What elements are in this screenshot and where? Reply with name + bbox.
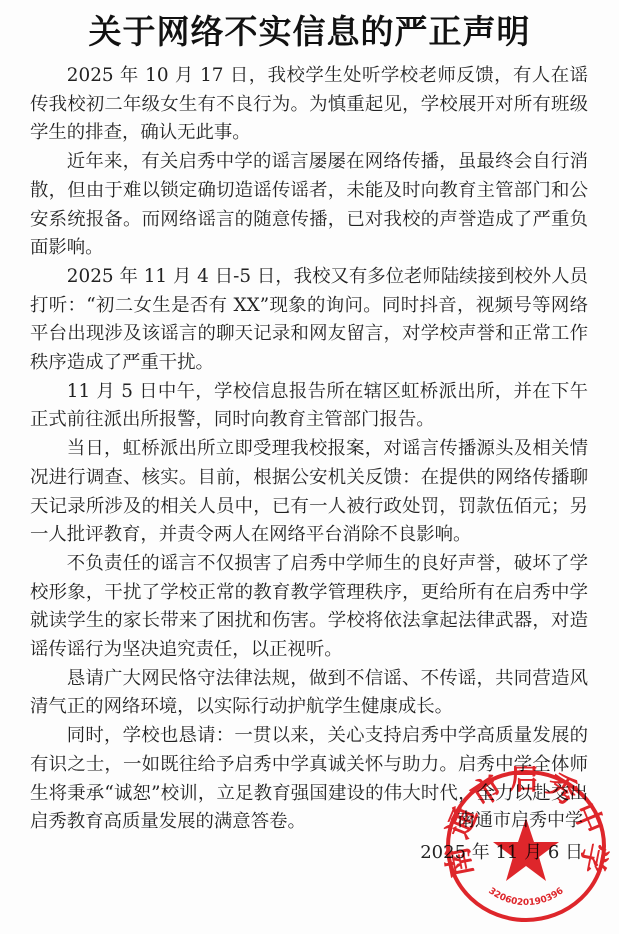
- document-body: 2025 年 10 月 17 日，我校学生处听学校老师反馈，有人在谣传我校初二年…: [30, 62, 588, 837]
- paragraph-7: 恳请广大网民恪守法律法规，做到不信谣、不传谣，共同营造风清气正的网络环境，以实际…: [30, 665, 588, 722]
- paragraph-5: 当日，虹桥派出所立即受理我校报案，对谣言传播源头及相关情况进行调查、核实。目前，…: [30, 435, 588, 550]
- paragraph-4: 11 月 5 日中午，学校信息报告所在辖区虹桥派出所，并在下午正式前往派出所报警…: [30, 378, 588, 435]
- document-title: 关于网络不实信息的严正声明: [0, 10, 619, 54]
- document-page: 关于网络不实信息的严正声明 2025 年 10 月 17 日，我校学生处听学校老…: [0, 0, 619, 934]
- paragraph-3: 2025 年 11 月 4 日-5 日，我校又有多位老师陆续接到校外人员打听：“…: [30, 263, 588, 378]
- star-icon: [493, 818, 559, 881]
- paragraph-1: 2025 年 10 月 17 日，我校学生处听学校老师反馈，有人在谣传我校初二年…: [30, 62, 588, 148]
- official-seal: 南通市启秀中学 3206020190396: [442, 766, 610, 926]
- svg-text:3206020190396: 3206020190396: [486, 886, 565, 908]
- paragraph-2: 近年来，有关启秀中学的谣言屡屡在网络传播，虽最终会自行消散，但由于难以锁定确切造…: [30, 148, 588, 263]
- seal-serial-number: 3206020190396: [486, 886, 565, 908]
- paragraph-6: 不负责任的谣言不仅损害了启秀中学师生的良好声誉，破坏了学校形象，干扰了学校正常的…: [30, 550, 588, 665]
